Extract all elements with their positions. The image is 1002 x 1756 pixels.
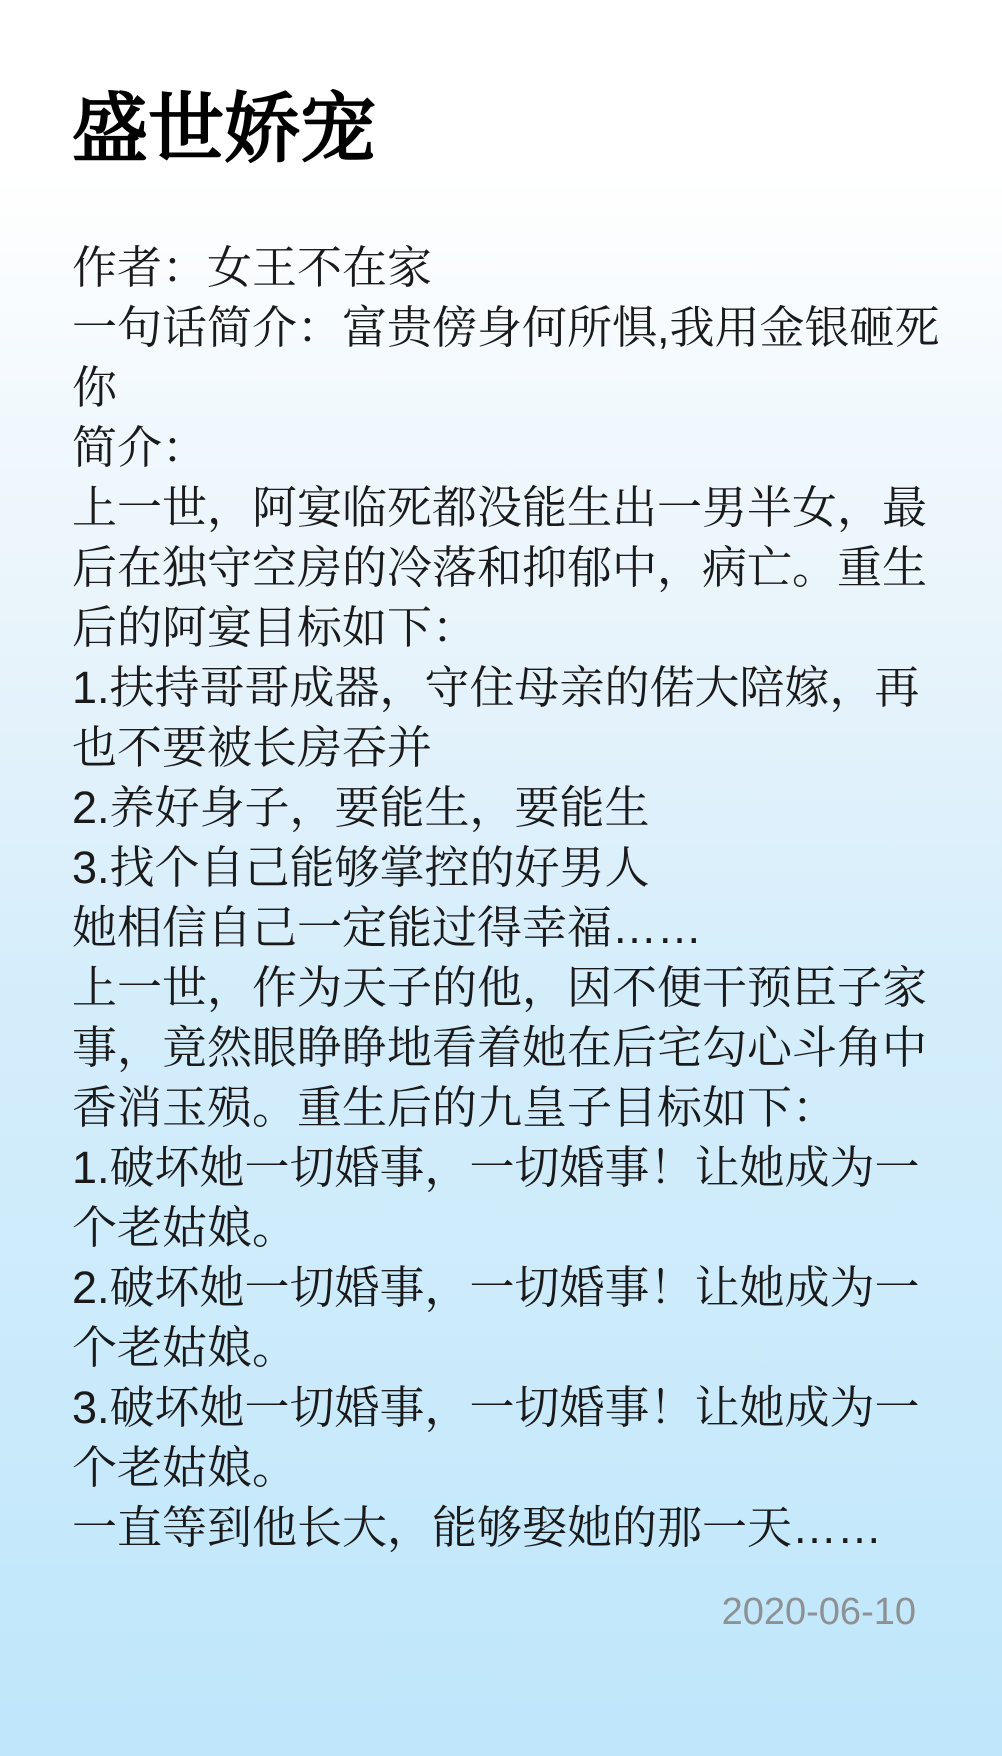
publish-date: 2020-06-10 [72, 1590, 952, 1634]
book-title: 盛世娇宠 [72, 92, 1002, 168]
hero-goal-1: 1.破坏她一切婚事，一切婚事！让她成为一个老姑娘。 [72, 1138, 952, 1258]
one-sentence-intro: 一句话简介：富贵傍身何所惧,我用金银砸死你 [72, 298, 952, 418]
heroine-hope-line: 她相信自己一定能过得幸福…… [72, 898, 952, 958]
heroine-goal-2: 2.养好身子，要能生，要能生 [72, 778, 952, 838]
heroine-backstory: 上一世，阿宴临死都没能生出一男半女，最后在独守空房的冷落和抑郁中，病亡。重生后的… [72, 478, 952, 658]
hero-backstory: 上一世，作为天子的他，因不便干预臣子家事，竟然眼睁睁地看着她在后宅勾心斗角中香消… [72, 958, 952, 1138]
hero-goal-3: 3.破坏她一切婚事，一切婚事！让她成为一个老姑娘。 [72, 1378, 952, 1498]
intro-label: 简介： [72, 418, 952, 478]
reader-page[interactable]: 盛世娇宠 作者：女王不在家 一句话简介：富贵傍身何所惧,我用金银砸死你 简介： … [0, 0, 1002, 1756]
author-line: 作者：女王不在家 [72, 238, 952, 298]
closing-line: 一直等到他长大，能够娶她的那一天…… [72, 1498, 952, 1558]
heroine-goal-1: 1.扶持哥哥成器，守住母亲的偌大陪嫁，再也不要被长房吞并 [72, 658, 952, 778]
book-description: 作者：女王不在家 一句话简介：富贵傍身何所惧,我用金银砸死你 简介： 上一世，阿… [72, 238, 952, 1558]
heroine-goal-3: 3.找个自己能够掌控的好男人 [72, 838, 952, 898]
hero-goal-2: 2.破坏她一切婚事，一切婚事！让她成为一个老姑娘。 [72, 1258, 952, 1378]
